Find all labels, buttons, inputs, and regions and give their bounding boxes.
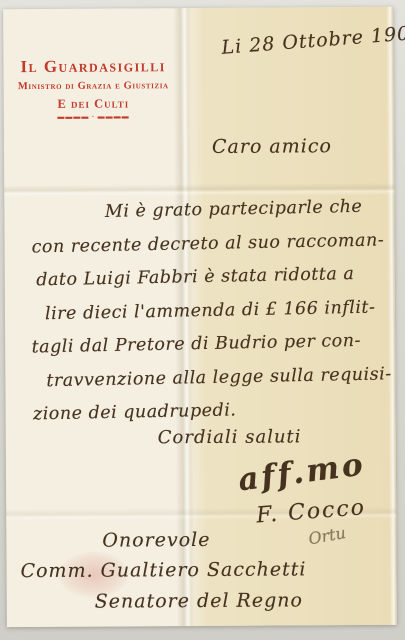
- closing-formula: Cordiali saluti: [158, 426, 302, 448]
- recipient-name: Comm. Gualtiero Sacchetti: [20, 558, 306, 582]
- signature-name: F. Cocco: [255, 495, 366, 528]
- letterhead-ornament: ▬▬▬▬ ∙ ▬▬▬▬: [4, 112, 183, 121]
- letter-body: Mi è grato parteciparle che con recente …: [25, 190, 392, 432]
- photo-background: Il Guardasigilli Ministro di Grazia e Gi…: [0, 0, 405, 640]
- letterhead-subtitle-2: E dei Culti: [4, 96, 183, 112]
- recipient-title: Senatore del Regno: [95, 589, 303, 612]
- letter-paper: Il Guardasigilli Ministro di Grazia e Gi…: [3, 7, 397, 627]
- signature-flourish-suffix: Ortu: [307, 523, 347, 548]
- body-line: zione dei quadrupedi.: [33, 391, 392, 432]
- body-line: Mi è grato parteciparle che: [105, 190, 388, 229]
- handwritten-date: Li 28 Ottobre 1903: [221, 22, 405, 59]
- signature-flourish-prefix: aff.mo: [236, 446, 367, 498]
- recipient-honorific: Onorevole: [102, 529, 210, 552]
- letterhead: Il Guardasigilli Ministro di Grazia e Gi…: [3, 56, 183, 121]
- body-line: travvenzione alla legge sulla requisi-: [46, 358, 391, 398]
- letterhead-title: Il Guardasigilli: [3, 56, 183, 77]
- salutation: Caro amico: [212, 135, 332, 158]
- letterhead-subtitle: Ministro di Grazia e Giustizia: [4, 80, 183, 92]
